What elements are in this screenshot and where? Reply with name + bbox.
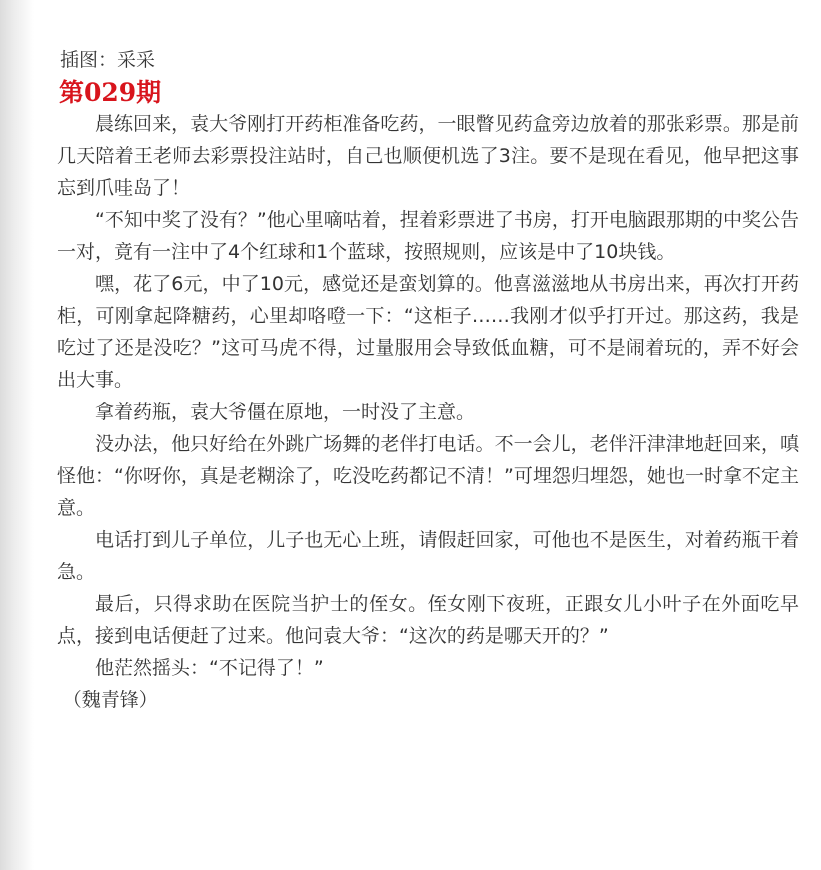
author-byline: （魏青锋）	[57, 684, 799, 716]
article: 插图：采采 第029期 晨练回来，袁大爷刚打开药柜准备吃药，一眼瞥见药盒旁边放着…	[59, 44, 799, 716]
paragraph-8: 他茫然摇头：“不记得了！”	[57, 652, 799, 684]
paragraph-7: 最后，只得求助在医院当护士的侄女。侄女刚下夜班，正跟女儿小叶子在外面吃早点，接到…	[57, 588, 799, 652]
issue-title: 第029期	[59, 78, 799, 106]
paragraph-2: “不知中奖了没有？”他心里嘀咕着，捏着彩票进了书房，打开电脑跟那期的中奖公告一对…	[57, 204, 799, 268]
article-body: 晨练回来，袁大爷刚打开药柜准备吃药，一眼瞥见药盒旁边放着的那张彩票。那是前几天陪…	[57, 108, 799, 716]
paragraph-4: 拿着药瓶，袁大爷僵在原地，一时没了主意。	[57, 396, 799, 428]
paragraph-5: 没办法，他只好给在外跳广场舞的老伴打电话。不一会儿，老伴汗津津地赶回来，嗔怪他：…	[57, 428, 799, 524]
paragraph-6: 电话打到儿子单位，儿子也无心上班，请假赶回家，可他也不是医生，对着药瓶干着急。	[57, 524, 799, 588]
paragraph-3: 嘿，花了6元，中了10元，感觉还是蛮划算的。他喜滋滋地从书房出来，再次打开药柜，…	[57, 268, 799, 396]
illustration-credit: 插图：采采	[60, 44, 799, 76]
left-page-shadow	[0, 0, 34, 870]
paragraph-1: 晨练回来，袁大爷刚打开药柜准备吃药，一眼瞥见药盒旁边放着的那张彩票。那是前几天陪…	[57, 108, 799, 204]
